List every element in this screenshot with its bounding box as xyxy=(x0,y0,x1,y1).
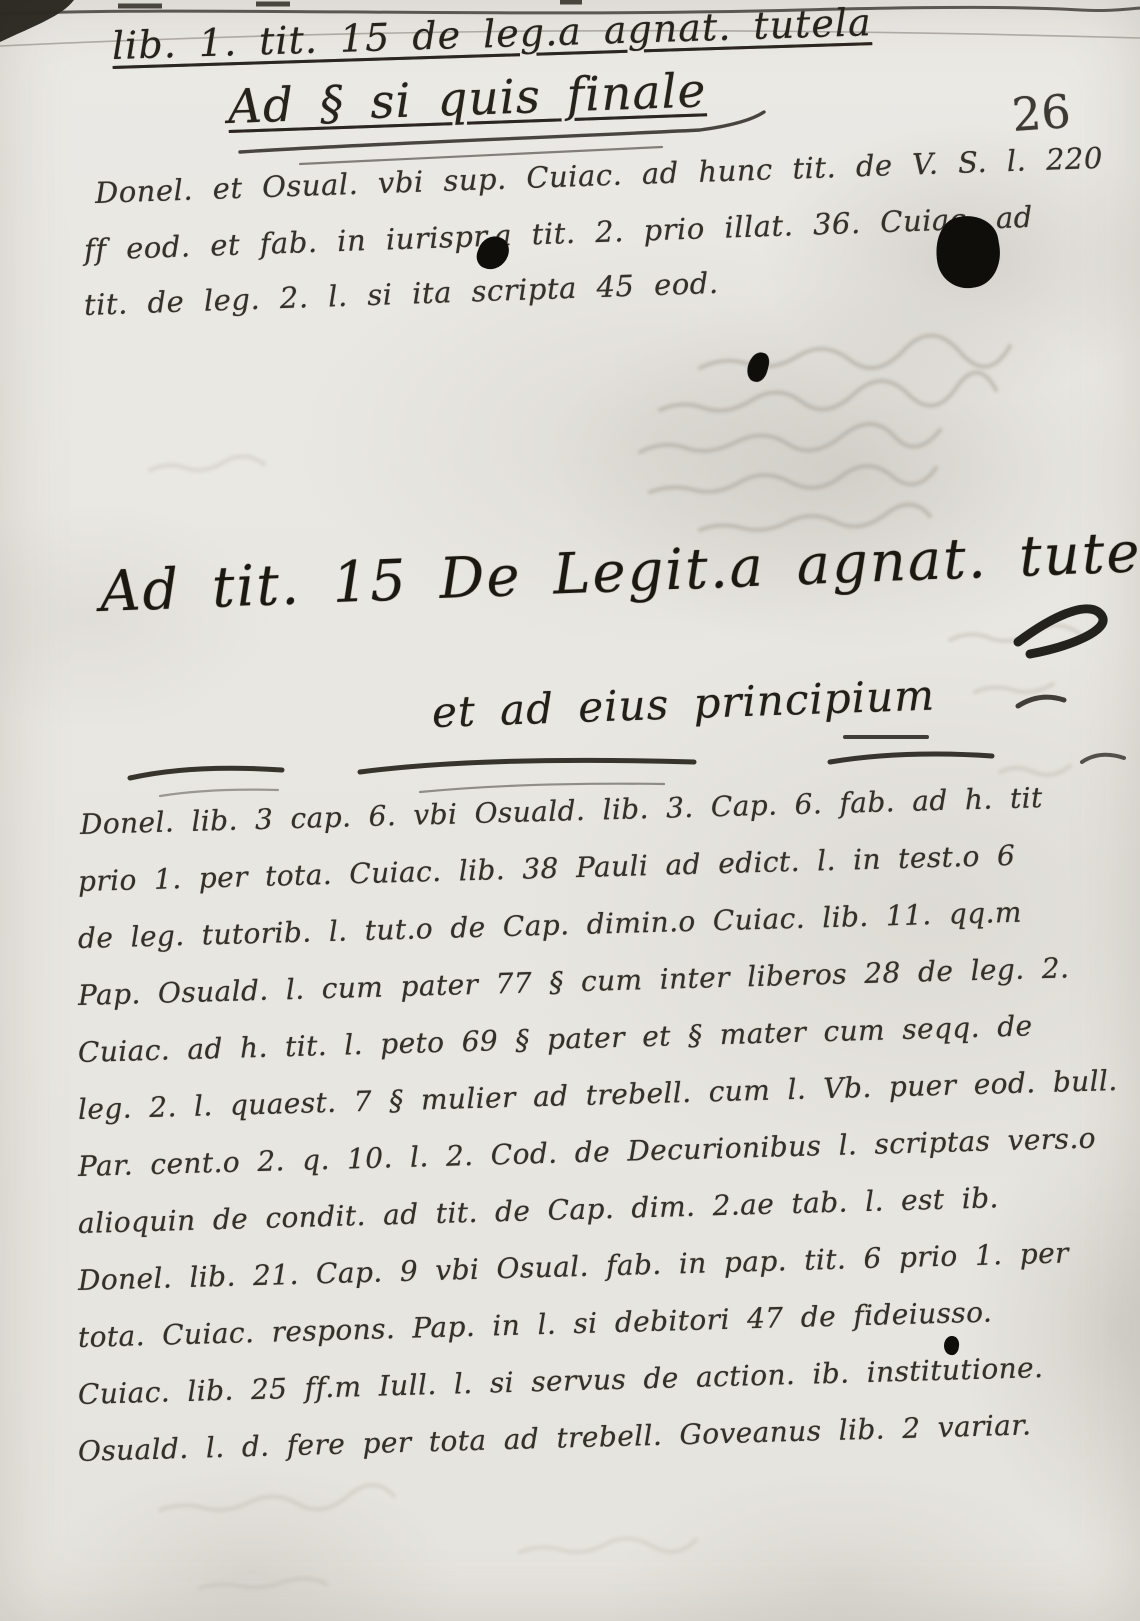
body-line: Pap. Osuald. l. cum pater 77 § cum inter… xyxy=(78,951,1070,1012)
page-number: 26 xyxy=(1010,84,1072,142)
body-line: Par. cent.o 2. q. 10. l. 2. Cod. de Decu… xyxy=(78,1122,1097,1183)
body-line: leg. 2. l. quaest. 7 § mulier ad trebell… xyxy=(78,1064,1118,1126)
paragraph1-line: Donel. et Osual. vbi sup. Cuiac. ad hunc… xyxy=(94,141,1103,210)
section-subtitle: et ad eius principium xyxy=(431,670,936,737)
body-line: Donel. lib. 21. Cap. 9 vbi Osual. fab. i… xyxy=(78,1236,1070,1297)
body-line: Cuiac. lib. 25 ff.m Iull. l. si servus d… xyxy=(78,1351,1044,1411)
header-line-2: Ad § si quis finale xyxy=(227,63,707,135)
header-line-1: lib. 1. tit. 15 de leg.a agnat. tutela xyxy=(111,0,872,68)
heading-swash xyxy=(1018,609,1103,654)
manuscript-page: 26 lib. 1. tit. 15 de leg.a agnat. tutel… xyxy=(0,0,1140,1621)
paragraph1-line: ff eod. et fab. in iurispr.a tit. 2. pri… xyxy=(83,200,1033,267)
body-line: tota. Cuiac. respons. Pap. in l. si debi… xyxy=(78,1295,993,1354)
ink-blot xyxy=(745,350,772,384)
paragraph1-line: tit. de leg. 2. l. si ita scripta 45 eod… xyxy=(83,266,719,322)
body-line: prio 1. per tota. Cuiac. lib. 38 Pauli a… xyxy=(78,839,1016,898)
body-line: Osuald. l. d. fere per tota ad trebell. … xyxy=(78,1408,1032,1468)
body-line: de leg. tutorib. l. tut.o de Cap. dimin.… xyxy=(78,896,1023,955)
body-line: Donel. lib. 3 cap. 6. vbi Osuald. lib. 3… xyxy=(80,781,1044,841)
section-title: Ad tit. 15 De Legit.a agnat. tutella xyxy=(99,517,1140,625)
body-line: alioquin de condit. ad tit. de Cap. dim.… xyxy=(78,1181,1000,1240)
body-line: Cuiac. ad h. tit. l. peto 69 § pater et … xyxy=(78,1009,1033,1069)
